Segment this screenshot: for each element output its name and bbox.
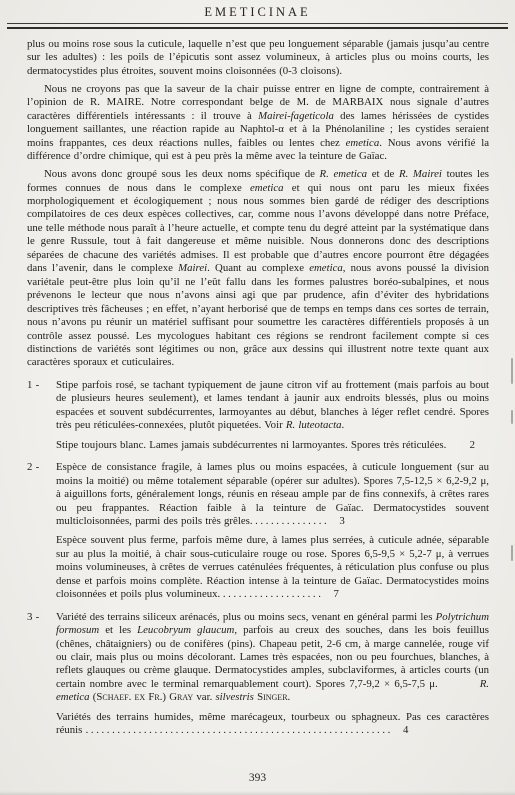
text-run: emetica: [250, 182, 284, 194]
text-run: et les: [99, 624, 137, 636]
text-run: Schaef. ex Fr.: [96, 691, 162, 703]
text-run: ...............: [250, 515, 330, 527]
text-run: Mairei: [178, 262, 207, 274]
key-item: Espèce souvent plus ferme, parfois même …: [27, 534, 489, 601]
section-title: EMETICINAE: [204, 5, 310, 19]
scan-bottom-shadow: [0, 791, 515, 795]
key-item: 1 - Stipe parfois rosé, se tachant typiq…: [27, 379, 489, 433]
running-head: EMETICINAE: [0, 0, 515, 20]
text-run: et de: [367, 168, 399, 180]
scan-edge-artifact: [511, 410, 513, 424]
key-item: Variétés des terrains humides, même maré…: [27, 711, 489, 738]
key-item: Stipe toujours blanc. Lames jamais subdé…: [27, 439, 489, 452]
text-run: Variété des terrains siliceux arénacés, …: [56, 611, 436, 623]
key-ref-number: 7: [324, 588, 339, 600]
body-text: plus ou moins rose sous la cuticule, laq…: [27, 38, 489, 738]
key-item-number: 3 -: [27, 611, 56, 624]
text-run: et qui nous ont paru les mieux fixées mo…: [27, 182, 489, 275]
key-item-number: 1 -: [27, 379, 56, 392]
key-item: 3 - Variété des terrains siliceux arénac…: [27, 611, 489, 705]
scan-edge-artifact: [511, 358, 513, 384]
key-ref-number: 4: [393, 724, 408, 736]
text-run: var.: [193, 691, 215, 703]
text-run: Mairei-fageticola: [258, 110, 334, 122]
text-run: R. emetica: [320, 168, 368, 180]
key-item-number: 2 -: [27, 461, 56, 474]
key-ref-number: 3: [329, 515, 344, 527]
text-run: Stipe toujours blanc. Lames jamais subdé…: [56, 439, 446, 451]
text-run: R. luteotacta: [286, 419, 342, 431]
page-number: 393: [0, 772, 515, 784]
text-run: Gray: [169, 691, 193, 703]
key-item: 2 - Espèce de consistance fragile, à lam…: [27, 461, 489, 528]
text-run: , nous avons poussé la division variétal…: [27, 262, 489, 368]
scan-edge-artifact: [511, 545, 513, 561]
text-run: Stipe parfois rosé, se tachant typiqueme…: [56, 379, 489, 431]
paragraph: Nous ne croyons pas que la saveur de la …: [27, 83, 489, 164]
text-run: Singer: [257, 691, 287, 703]
paragraph: Nous avons donc groupé sous les deux nom…: [27, 168, 489, 370]
text-run: .: [288, 691, 291, 703]
text-run: .: [342, 419, 345, 431]
text-run: Nous avons donc groupé sous les deux nom…: [44, 168, 320, 180]
text-run: emetica: [309, 262, 343, 274]
text-run: plus ou moins rose sous la cuticule, laq…: [27, 38, 489, 77]
text-run: silvestris: [215, 691, 253, 703]
text-run: . Quant au complexe: [207, 262, 309, 274]
paragraph: plus ou moins rose sous la cuticule, laq…: [27, 38, 489, 78]
text-run: ....................: [218, 588, 324, 600]
text-run: ........................................…: [86, 724, 393, 736]
text-run: emetica: [346, 137, 380, 149]
header-rule: [7, 23, 508, 29]
text-run: Leucobryum glaucum: [137, 624, 234, 636]
text-run: R. Mairei: [399, 168, 442, 180]
book-page: EMETICINAE plus ou moins rose sous la cu…: [0, 0, 515, 795]
key-ref-number: 2: [470, 439, 475, 452]
